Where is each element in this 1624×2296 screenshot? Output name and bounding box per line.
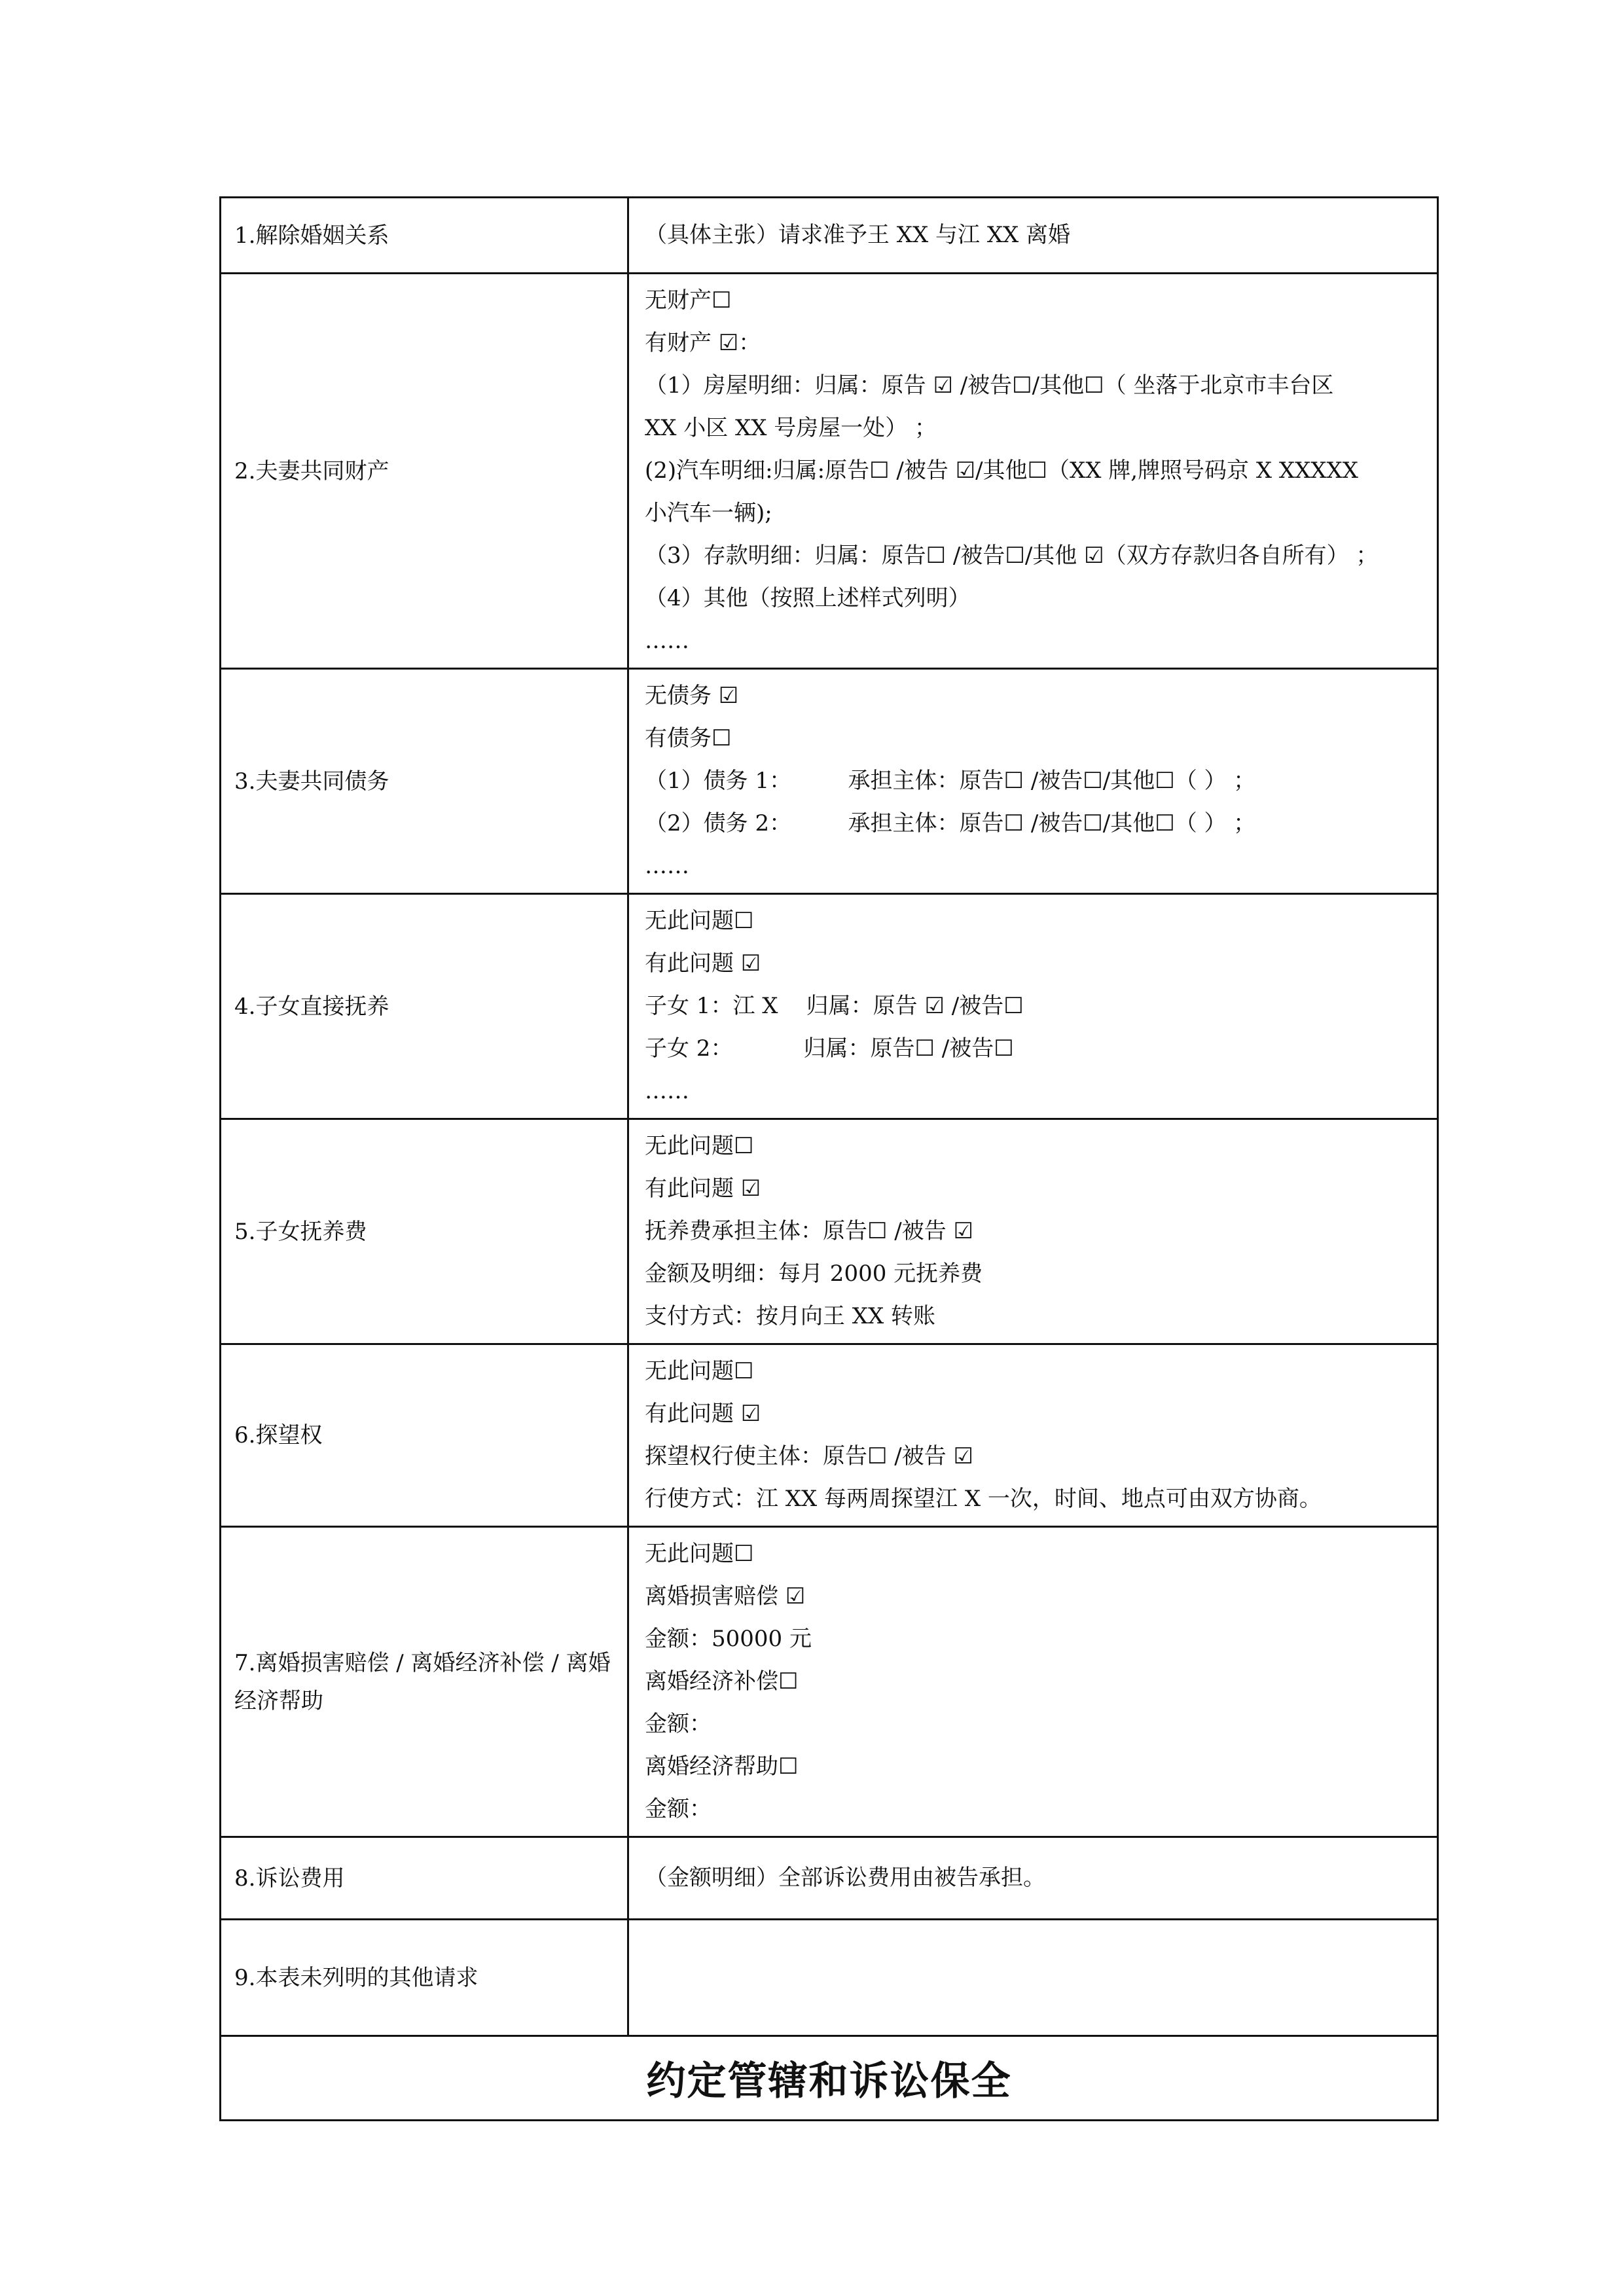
content-line: 金额及明细：每月 2000 元抚养费 xyxy=(645,1253,1425,1295)
content-line: 子女 2： 归属：原告☐ /被告☐ xyxy=(645,1028,1425,1070)
content-line: 支付方式：按月向王 XX 转账 xyxy=(645,1295,1425,1338)
row-label: 8.诉讼费用 xyxy=(221,1837,628,1920)
content-line: XX 小区 XX 号房屋一处） ； xyxy=(645,407,1425,450)
content-line: 离婚损害赔偿 ☑ xyxy=(645,1575,1425,1618)
table-row: 8.诉讼费用（金额明细）全部诉讼费用由被告承担。 xyxy=(221,1837,1438,1920)
row-label: 3.夫妻共同债务 xyxy=(221,669,628,894)
content-line: 有此问题 ☑ xyxy=(645,942,1425,985)
content-line: 无此问题☐ xyxy=(645,1350,1425,1393)
content-line: 小汽车一辆); xyxy=(645,492,1425,535)
content-line: 金额： xyxy=(645,1788,1425,1831)
row-content: 无财产☐有财产 ☑：（1）房屋明细：归属：原告 ☑ /被告☐/其他☐（ 坐落于北… xyxy=(628,274,1438,669)
table-row: 2.夫妻共同财产无财产☐有财产 ☑：（1）房屋明细：归属：原告 ☑ /被告☐/其… xyxy=(221,274,1438,669)
content-line: 子女 1：江 X 归属：原告 ☑ /被告☐ xyxy=(645,985,1425,1028)
content-line: 无财产☐ xyxy=(645,279,1425,322)
content-line: 有此问题 ☑ xyxy=(645,1393,1425,1435)
content-line: （1）房屋明细：归属：原告 ☑ /被告☐/其他☐（ 坐落于北京市丰台区 xyxy=(645,365,1425,407)
table-row: 4.子女直接抚养无此问题☐有此问题 ☑子女 1：江 X 归属：原告 ☑ /被告☐… xyxy=(221,894,1438,1119)
row-content: 无此问题☐有此问题 ☑子女 1：江 X 归属：原告 ☑ /被告☐子女 2： 归属… xyxy=(628,894,1438,1119)
table-row: 1.解除婚姻关系（具体主张）请求准予王 XX 与江 XX 离婚 xyxy=(221,198,1438,274)
content-line: 有债务☐ xyxy=(645,717,1425,760)
content-line: 有财产 ☑： xyxy=(645,322,1425,365)
content-line: （1）债务 1： 承担主体：原告☐ /被告☐/其他☐（ ） ； xyxy=(645,760,1425,802)
table-row: 5.子女抚养费无此问题☐有此问题 ☑抚养费承担主体：原告☐ /被告 ☑金额及明细… xyxy=(221,1119,1438,1344)
section-heading: 约定管辖和诉讼保全 xyxy=(221,2036,1438,2121)
content-line: 探望权行使主体：原告☐ /被告 ☑ xyxy=(645,1435,1425,1478)
content-line: 金额：50000 元 xyxy=(645,1618,1425,1660)
content-line: （具体主张）请求准予王 XX 与江 XX 离婚 xyxy=(645,214,1425,257)
ellipsis-line: …… xyxy=(645,1070,1425,1113)
row-content: （金额明细）全部诉讼费用由被告承担。 xyxy=(628,1837,1438,1920)
ellipsis-line: …… xyxy=(645,620,1425,662)
content-line: 离婚经济补偿☐ xyxy=(645,1660,1425,1703)
row-content: （具体主张）请求准予王 XX 与江 XX 离婚 xyxy=(628,198,1438,274)
table-row: 7.离婚损害赔偿 / 离婚经济补偿 / 离婚经济帮助无此问题☐离婚损害赔偿 ☑金… xyxy=(221,1527,1438,1837)
row-label: 5.子女抚养费 xyxy=(221,1119,628,1344)
table-row: 6.探望权无此问题☐有此问题 ☑探望权行使主体：原告☐ /被告 ☑行使方式：江 … xyxy=(221,1344,1438,1527)
content-line: (2)汽车明细:归属:原告☐ /被告 ☑/其他☐（XX 牌,牌照号码京 X XX… xyxy=(645,450,1425,492)
content-line: （4）其他（按照上述样式列明） xyxy=(645,577,1425,620)
row-content: 无此问题☐离婚损害赔偿 ☑金额：50000 元离婚经济补偿☐金额：离婚经济帮助☐… xyxy=(628,1527,1438,1837)
content-line: 离婚经济帮助☐ xyxy=(645,1746,1425,1788)
table-row: 9.本表未列明的其他请求 xyxy=(221,1920,1438,2036)
content-line: 行使方式：江 XX 每两周探望江 X 一次，时间、地点可由双方协商。 xyxy=(645,1478,1425,1520)
row-label: 1.解除婚姻关系 xyxy=(221,198,628,274)
row-label: 9.本表未列明的其他请求 xyxy=(221,1920,628,2036)
content-line: （3）存款明细：归属：原告☐ /被告☐/其他 ☑（双方存款归各自所有） ； xyxy=(645,535,1425,577)
content-line: 无债务 ☑ xyxy=(645,675,1425,717)
row-content xyxy=(628,1920,1438,2036)
table-row: 3.夫妻共同债务无债务 ☑有债务☐（1）债务 1： 承担主体：原告☐ /被告☐/… xyxy=(221,669,1438,894)
row-label: 7.离婚损害赔偿 / 离婚经济补偿 / 离婚经济帮助 xyxy=(221,1527,628,1837)
form-page: 1.解除婚姻关系（具体主张）请求准予王 XX 与江 XX 离婚2.夫妻共同财产无… xyxy=(219,196,1439,2121)
content-line: （2）债务 2： 承担主体：原告☐ /被告☐/其他☐（ ） ； xyxy=(645,802,1425,845)
row-label: 4.子女直接抚养 xyxy=(221,894,628,1119)
content-line: 金额： xyxy=(645,1703,1425,1746)
row-content: 无此问题☐有此问题 ☑探望权行使主体：原告☐ /被告 ☑行使方式：江 XX 每两… xyxy=(628,1344,1438,1527)
content-line: 抚养费承担主体：原告☐ /被告 ☑ xyxy=(645,1210,1425,1253)
row-content: 无此问题☐有此问题 ☑抚养费承担主体：原告☐ /被告 ☑金额及明细：每月 200… xyxy=(628,1119,1438,1344)
content-line: 无此问题☐ xyxy=(645,1533,1425,1575)
section-heading-row: 约定管辖和诉讼保全 xyxy=(221,2036,1438,2121)
ellipsis-line: …… xyxy=(645,845,1425,888)
content-line: （金额明细）全部诉讼费用由被告承担。 xyxy=(645,1857,1425,1899)
claims-table: 1.解除婚姻关系（具体主张）请求准予王 XX 与江 XX 离婚2.夫妻共同财产无… xyxy=(219,196,1439,2121)
content-line: 有此问题 ☑ xyxy=(645,1168,1425,1210)
content-line: 无此问题☐ xyxy=(645,1125,1425,1168)
row-content: 无债务 ☑有债务☐（1）债务 1： 承担主体：原告☐ /被告☐/其他☐（ ） ；… xyxy=(628,669,1438,894)
row-label: 6.探望权 xyxy=(221,1344,628,1527)
row-label: 2.夫妻共同财产 xyxy=(221,274,628,669)
content-line: 无此问题☐ xyxy=(645,900,1425,942)
